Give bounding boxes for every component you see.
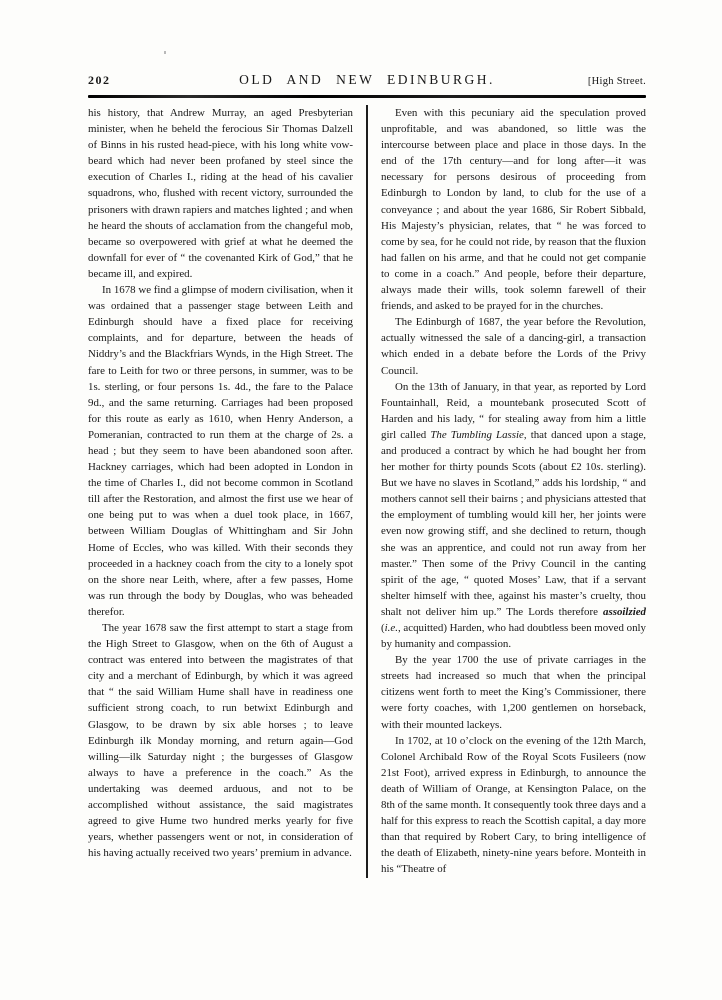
- paragraph: Even with this pecuniary aid the specula…: [381, 105, 646, 314]
- paragraph: The Edinburgh of 1687, the year before t…: [381, 314, 646, 378]
- text-segment: The Edinburgh of 1687, the year before t…: [381, 316, 646, 376]
- text-segment: In 1678 we find a glimpse of modern civi…: [88, 284, 353, 618]
- scan-speck: [164, 51, 166, 54]
- text-segment: . sterling). But we have no slaves in Sc…: [381, 461, 646, 618]
- column-divider: [366, 105, 368, 878]
- emphasized-text: i.e.: [385, 622, 398, 634]
- page-header: 202 OLD AND NEW EDINBURGH. [High Street.: [88, 72, 646, 88]
- text-segment: Even with this pecuniary aid the specula…: [381, 107, 646, 312]
- paragraph: By the year 1700 the use of private carr…: [381, 652, 646, 732]
- text-segment: , acquitted) Harden, who had doubtless b…: [381, 622, 646, 650]
- left-column: his history, that Andrew Murray, an aged…: [88, 105, 353, 878]
- emphasized-text: assoilzied: [603, 606, 646, 618]
- paragraph: The year 1678 saw the first attempt to s…: [88, 620, 353, 861]
- running-head: [High Street.: [536, 76, 646, 87]
- page-title: OLD AND NEW EDINBURGH.: [198, 72, 536, 88]
- page-number: 202: [88, 73, 198, 88]
- header-rule: [88, 95, 646, 98]
- paragraph: his history, that Andrew Murray, an aged…: [88, 105, 353, 282]
- text-segment: In 1702, at 10 o’clock on the evening of…: [381, 735, 646, 876]
- book-page: 202 OLD AND NEW EDINBURGH. [High Street.…: [0, 0, 722, 1000]
- text-segment: The year 1678 saw the first attempt to s…: [88, 622, 353, 859]
- paragraph: In 1702, at 10 o’clock on the evening of…: [381, 733, 646, 878]
- text-columns: his history, that Andrew Murray, an aged…: [88, 105, 646, 878]
- text-segment: By the year 1700 the use of private carr…: [381, 654, 646, 730]
- page-content: 202 OLD AND NEW EDINBURGH. [High Street.…: [88, 72, 646, 878]
- text-segment: his history, that Andrew Murray, an aged…: [88, 107, 353, 280]
- paragraph: In 1678 we find a glimpse of modern civi…: [88, 282, 353, 620]
- right-column: Even with this pecuniary aid the specula…: [381, 105, 646, 878]
- emphasized-text: The Tumbling Lassie: [430, 429, 524, 441]
- paragraph: On the 13th of January, in that year, as…: [381, 379, 646, 653]
